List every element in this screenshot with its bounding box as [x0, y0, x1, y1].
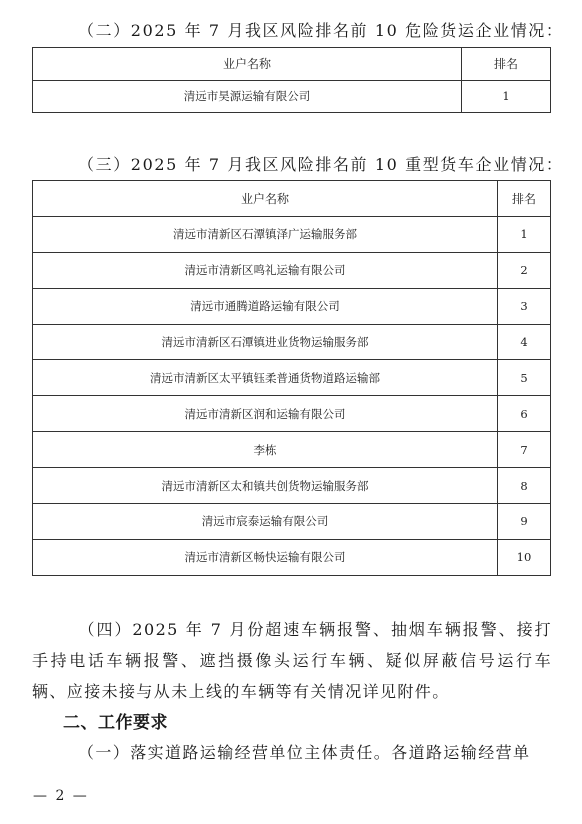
column-header-name: 业户名称: [33, 181, 498, 217]
company-name-cell: 清远市清新区石潭镇泽广运输服务部: [33, 216, 498, 252]
rank-cell: 4: [498, 324, 551, 360]
company-name-cell: 清远市昊源运输有限公司: [33, 80, 462, 113]
rank-cell: 2: [498, 252, 551, 288]
work-requirements-heading: 二、工作要求: [63, 708, 168, 733]
company-name-cell: 清远市清新区润和运输有限公司: [33, 396, 498, 432]
rank-cell: 6: [498, 396, 551, 432]
column-header-rank: 排名: [498, 181, 551, 217]
table-row: 清远市宸泰运输有限公司 9: [33, 504, 551, 540]
section-2-title: （二）2025 年 7 月我区风险排名前 10 危险货运企业情况：: [78, 21, 564, 41]
table-row: 清远市清新区石潭镇进业货物运输服务部 4: [33, 324, 551, 360]
heavy-truck-ranking-table: 业户名称 排名 清远市清新区石潭镇泽广运输服务部 1 清远市清新区鸣礼运输有限公…: [32, 180, 551, 576]
rank-cell: 7: [498, 432, 551, 468]
rank-cell: 1: [462, 80, 551, 113]
table-row: 清远市清新区石潭镇泽广运输服务部 1: [33, 216, 551, 252]
rank-cell: 5: [498, 360, 551, 396]
table-row: 清远市清新区润和运输有限公司 6: [33, 396, 551, 432]
company-name-cell: 清远市清新区石潭镇进业货物运输服务部: [33, 324, 498, 360]
table-row: 清远市清新区畅快运输有限公司 10: [33, 539, 551, 575]
company-name-cell: 清远市清新区太和镇共创货物运输服务部: [33, 468, 498, 504]
rank-cell: 10: [498, 539, 551, 575]
column-header-name: 业户名称: [33, 48, 462, 81]
table-header-row: 业户名称 排名: [33, 181, 551, 217]
rank-cell: 1: [498, 216, 551, 252]
company-name-cell: 李栋: [33, 432, 498, 468]
work-requirements-paragraph: （一）落实道路运输经营单位主体责任。各道路运输经营单: [32, 737, 552, 768]
table-header-row: 业户名称 排名: [33, 48, 551, 81]
section-3-title: （三）2025 年 7 月我区风险排名前 10 重型货车企业情况：: [78, 155, 564, 175]
work-requirements-text: （一）落实道路运输经营单位主体责任。各道路运输经营单: [78, 743, 530, 762]
table-row: 清远市清新区太平镇钰柔普通货物道路运输部 5: [33, 360, 551, 396]
company-name-cell: 清远市清新区畅快运输有限公司: [33, 539, 498, 575]
rank-cell: 9: [498, 504, 551, 540]
company-name-cell: 清远市通腾道路运输有限公司: [33, 288, 498, 324]
section-4-paragraph: （四）2025 年 7 月份超速车辆报警、抽烟车辆报警、接打手持电话车辆报警、遮…: [32, 614, 552, 707]
table-row: 清远市清新区鸣礼运输有限公司 2: [33, 252, 551, 288]
page-number: — 2 —: [33, 788, 89, 804]
section-4-text: （四）2025 年 7 月份超速车辆报警、抽烟车辆报警、接打手持电话车辆报警、遮…: [32, 620, 552, 701]
company-name-cell: 清远市清新区鸣礼运输有限公司: [33, 252, 498, 288]
company-name-cell: 清远市清新区太平镇钰柔普通货物道路运输部: [33, 360, 498, 396]
company-name-cell: 清远市宸泰运输有限公司: [33, 504, 498, 540]
table-row: 清远市昊源运输有限公司 1: [33, 80, 551, 113]
rank-cell: 8: [498, 468, 551, 504]
column-header-rank: 排名: [462, 48, 551, 81]
table-row: 清远市通腾道路运输有限公司 3: [33, 288, 551, 324]
table-row: 清远市清新区太和镇共创货物运输服务部 8: [33, 468, 551, 504]
table-row: 李栋 7: [33, 432, 551, 468]
rank-cell: 3: [498, 288, 551, 324]
dangerous-goods-ranking-table: 业户名称 排名 清远市昊源运输有限公司 1: [32, 47, 551, 113]
